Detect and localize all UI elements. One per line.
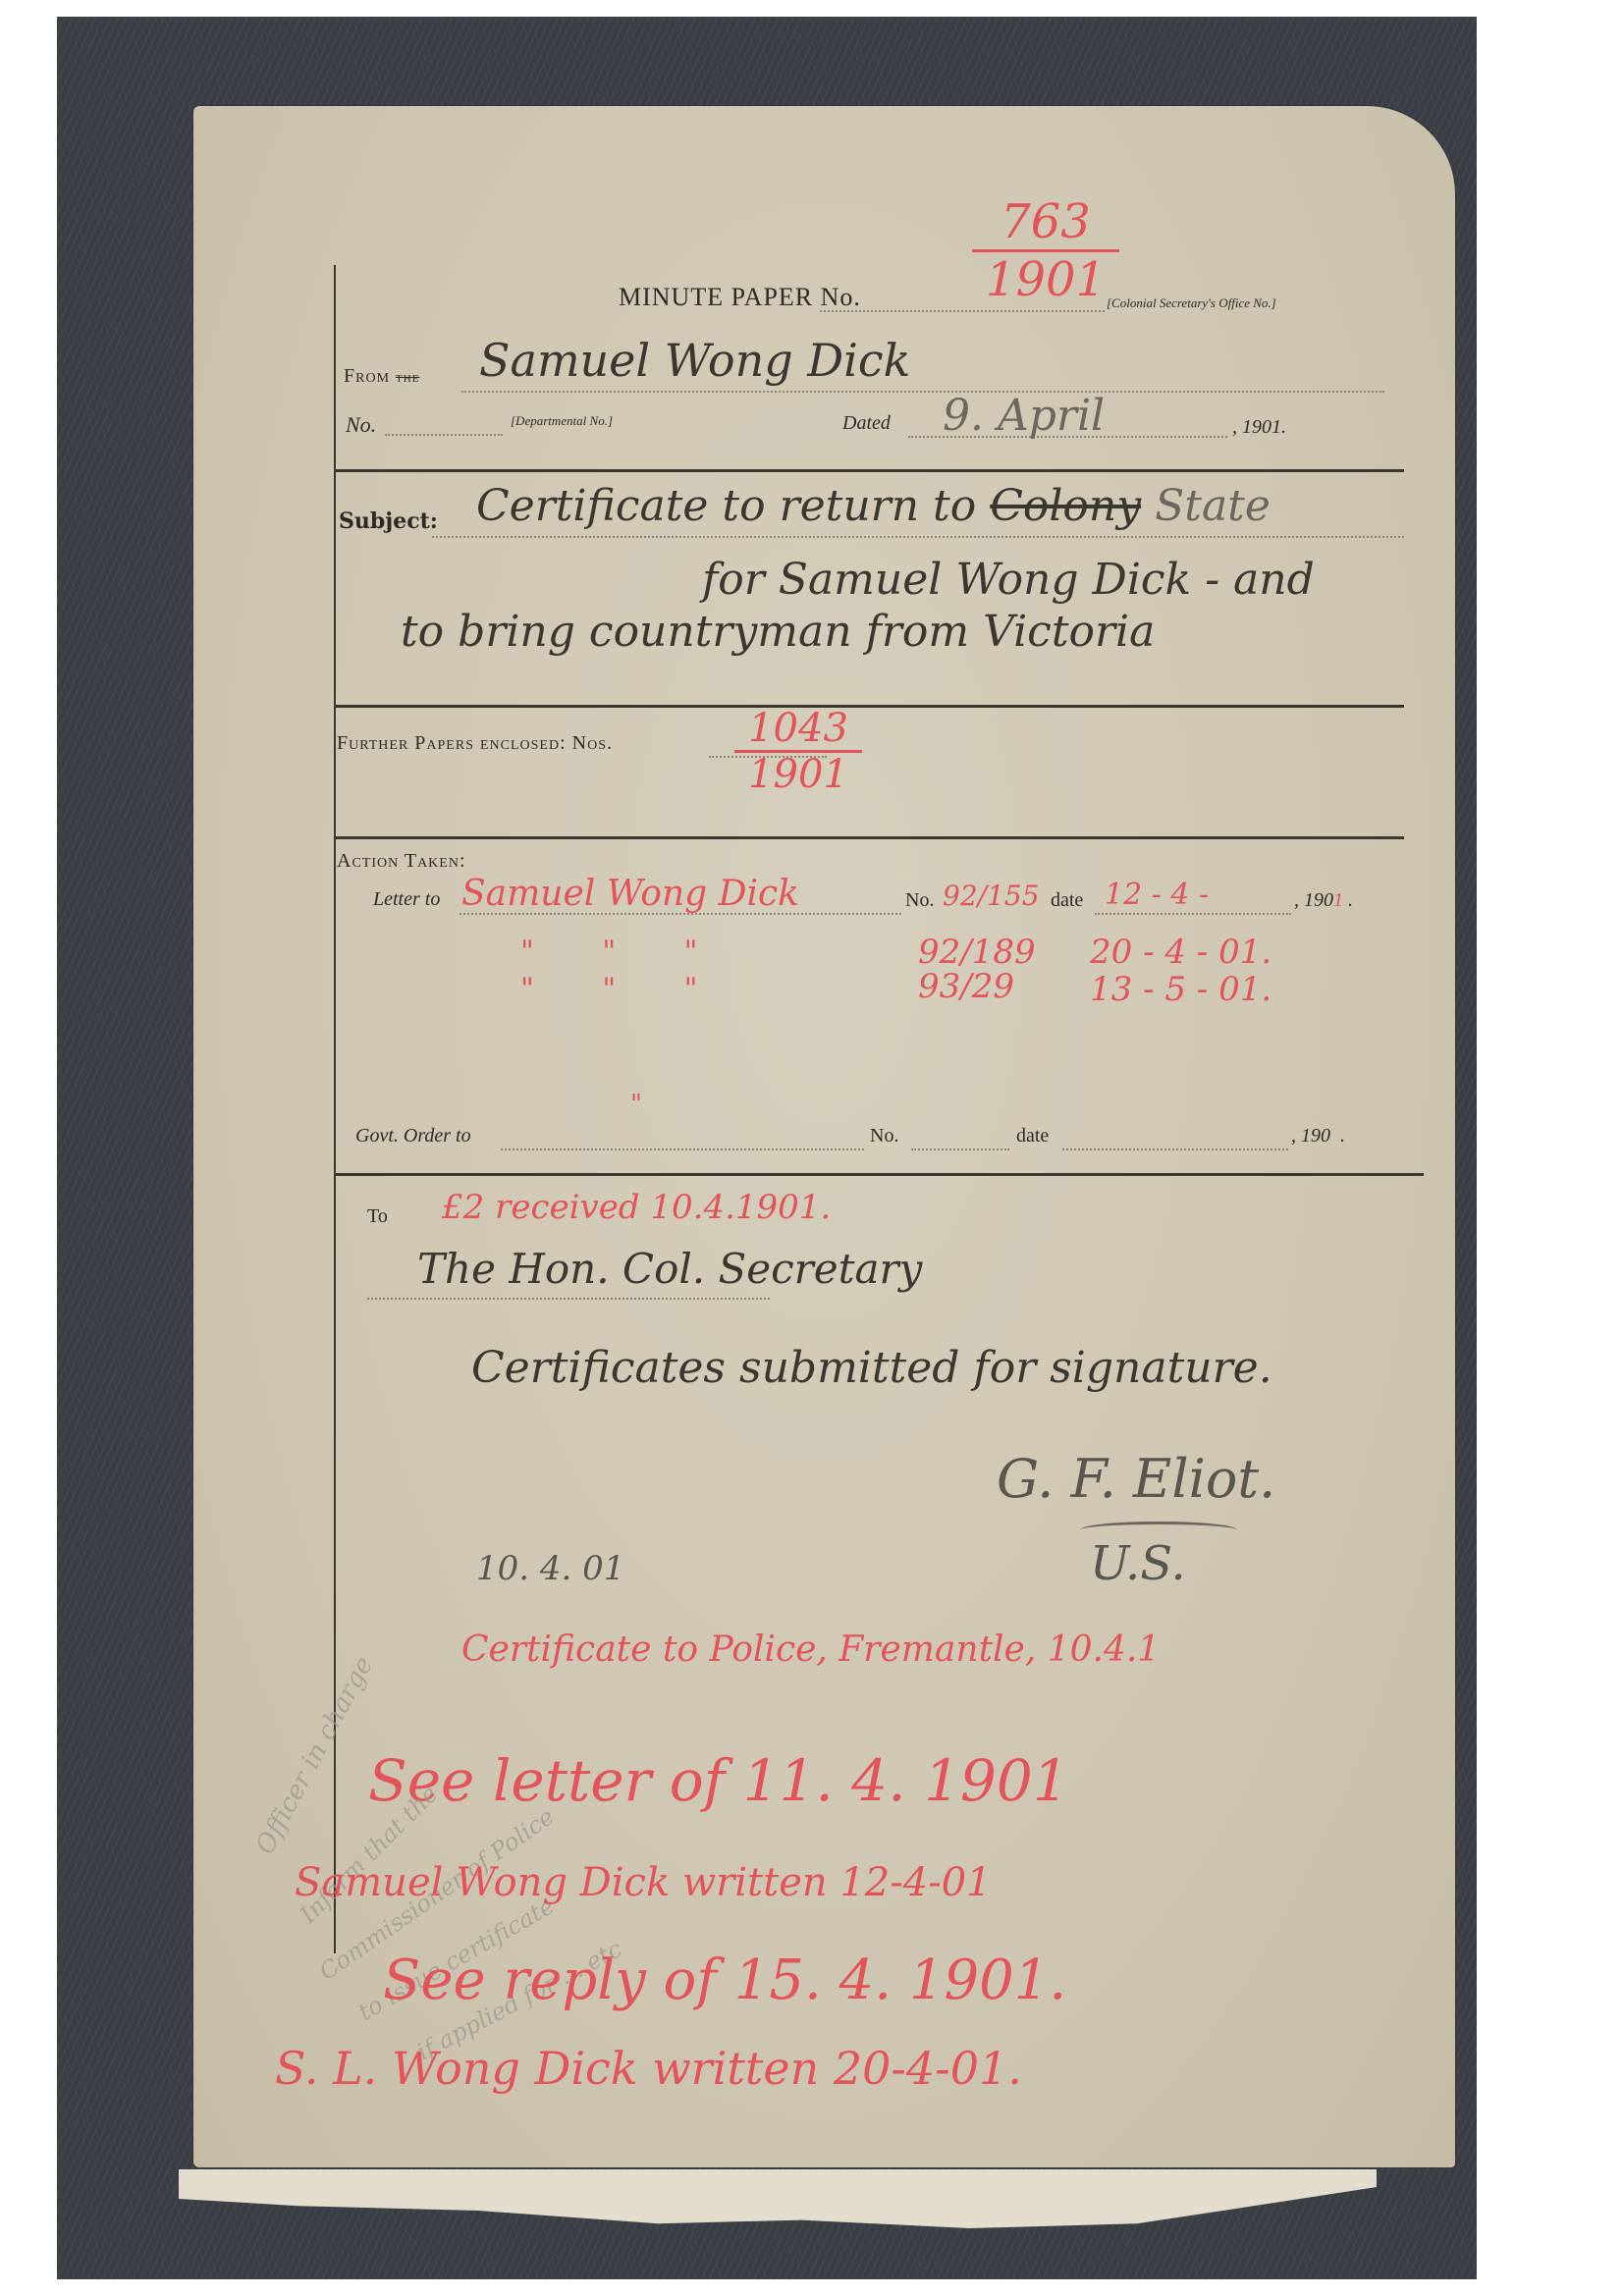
govt-date-label: date xyxy=(1016,1125,1049,1148)
letter-no-label: No. xyxy=(905,889,934,912)
stray-ditto-mark: " xyxy=(630,1090,642,1119)
rule-after-further-papers xyxy=(334,836,1404,839)
received-note: £2 received 10.4.1901. xyxy=(442,1188,831,1227)
subject-line-1: Certificate to return to Colony State xyxy=(476,481,1271,531)
subject-line-3: to bring countryman from Victoria xyxy=(401,607,1155,657)
letter-row-2-date: 20 - 4 - 01. xyxy=(1090,933,1271,972)
subject-line-2: for Samuel Wong Dick - and xyxy=(702,555,1315,605)
dated-value: 9. April xyxy=(943,391,1105,441)
see-letter-note: See letter of 11. 4. 1901 xyxy=(368,1747,1069,1814)
letter-row-2-to: " " " xyxy=(520,934,727,969)
further-papers-number: 1043 1901 xyxy=(734,709,862,794)
letter-row-3-date: 13 - 5 - 01. xyxy=(1090,970,1271,1009)
from-value: Samuel Wong Dick xyxy=(479,334,911,387)
from-label: From the xyxy=(344,365,419,388)
rule-after-from xyxy=(334,469,1404,472)
minute-number-dotted-line xyxy=(820,310,1105,312)
written-note-1: Samuel Wong Dick written 12-4-01 xyxy=(295,1860,992,1905)
rule-after-subject xyxy=(334,705,1404,708)
letter-row-1-date: 12 - 4 - xyxy=(1105,878,1209,912)
govt-order-dotted-line xyxy=(501,1148,864,1150)
certificate-police-note: Certificate to Police, Fremantle, 10.4.1 xyxy=(461,1629,1160,1670)
office-note: [Colonial Secretary's Office No.] xyxy=(1107,295,1276,311)
govt-no-label: No. xyxy=(870,1125,898,1148)
departmental-no-label: No. xyxy=(346,412,376,438)
rule-after-action-taken xyxy=(334,1173,1424,1176)
minute-date: 10. 4. 01 xyxy=(476,1549,624,1588)
subject-dotted-line xyxy=(432,536,1404,538)
minute-body: Certificates submitted for signature. xyxy=(471,1343,1272,1393)
addressee-dotted-line xyxy=(367,1298,770,1300)
letter-date-dotted-line xyxy=(1095,913,1291,915)
letter-row-1-to: Samuel Wong Dick xyxy=(461,874,799,914)
from-dotted-line xyxy=(461,391,1384,393)
signature: G. F. Eliot. xyxy=(997,1448,1275,1510)
struck-colony: Colony xyxy=(990,481,1141,531)
minute-number: 763 1901 xyxy=(972,196,1119,305)
letter-row-1-no: 92/155 xyxy=(943,880,1040,912)
minute-paper-title: MINUTE PAPER No. xyxy=(619,283,861,312)
letter-row-2-no: 92/189 xyxy=(918,933,1036,972)
letter-to-label: Letter to xyxy=(373,888,440,911)
letter-date-label: date xyxy=(1051,889,1083,912)
dated-year: , 1901. xyxy=(1232,416,1286,439)
addressee: The Hon. Col. Secretary xyxy=(417,1245,922,1293)
subject-label: Subject: xyxy=(339,508,438,534)
govt-year: , 190 . xyxy=(1291,1125,1345,1148)
letter-row-3-to: " " " xyxy=(520,972,727,1006)
action-taken-label: Action Taken: xyxy=(337,850,466,873)
govt-date-dotted-line xyxy=(1062,1148,1288,1150)
further-papers-label: Further Papers enclosed: Nos. xyxy=(337,732,613,755)
departmental-no-dotted-line xyxy=(385,434,503,436)
struck-the: the xyxy=(396,369,419,386)
written-note-2: S. L. Wong Dick written 20-4-01. xyxy=(275,2042,1022,2095)
govt-order-label: Govt. Order to xyxy=(355,1125,471,1148)
letter-year: , 1901 . xyxy=(1294,889,1353,912)
govt-no-dotted-line xyxy=(911,1148,1009,1150)
letter-row-3-no: 93/29 xyxy=(918,967,1014,1006)
departmental-note: [Departmental No.] xyxy=(511,413,613,429)
dated-label: Dated xyxy=(842,412,891,435)
see-reply-note: See reply of 15. 4. 1901. xyxy=(383,1949,1066,2012)
to-label: To xyxy=(367,1205,388,1228)
signature-title: U.S. xyxy=(1090,1536,1186,1591)
